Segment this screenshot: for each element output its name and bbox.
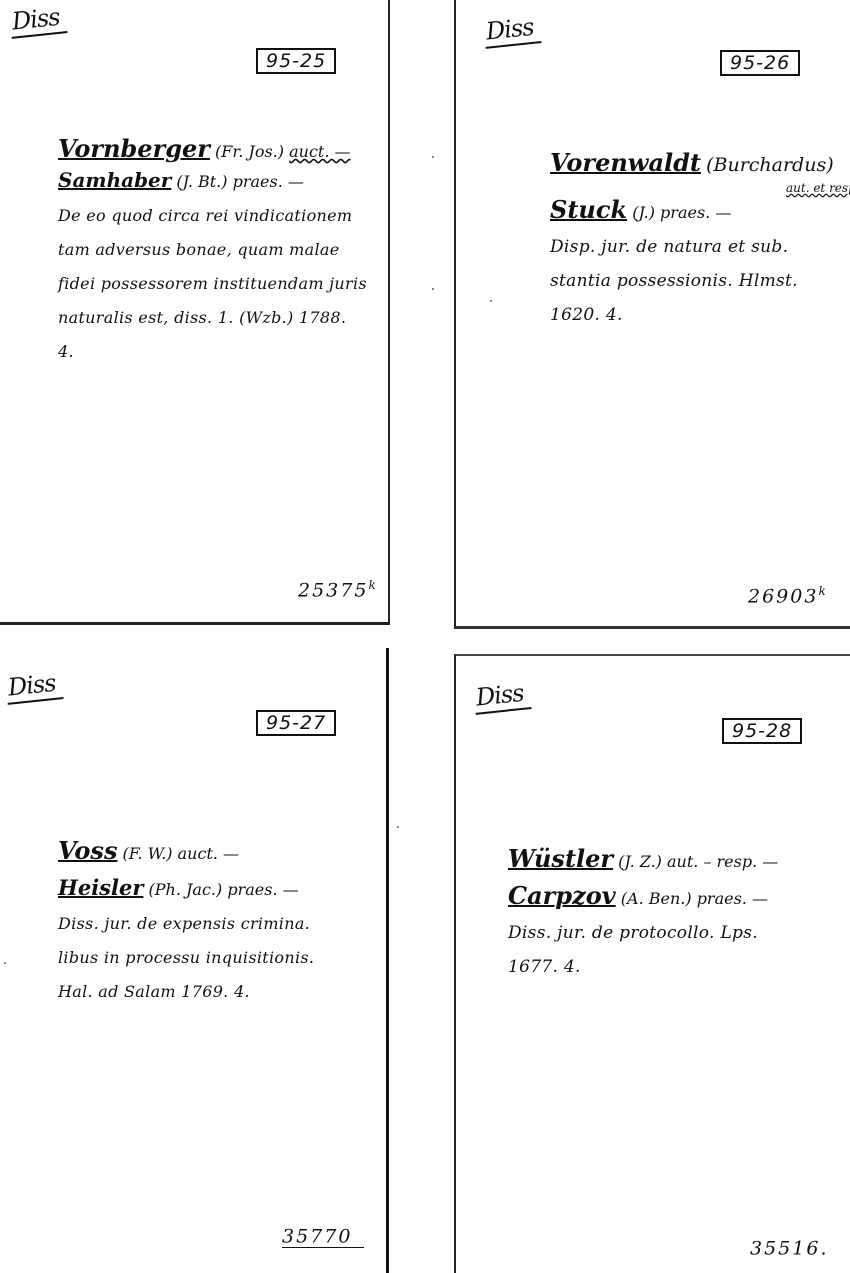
catalog-card-95-26: Diss 95-26 Vorenwaldt (Burchardus) aut. … [454,0,850,629]
author-role: aut. – resp. — [667,852,778,871]
catalog-card-95-25: Diss 95-25 Vornberger (Fr. Jos.) auct. —… [0,0,390,625]
author-name: Voss [58,836,117,865]
title-line: 1677. 4. [508,950,778,984]
scan-speck [432,156,434,158]
author-role: auct. — [178,844,239,863]
title-line: Hal. ad Salam 1769. 4. [58,975,314,1009]
accession-number: 35516. [750,1236,828,1259]
praeses-initials: (J.) [632,203,655,222]
card-entry: Wüstler (J. Z.) aut. – resp. — Carpzov (… [508,842,778,984]
author-name: Vornberger [58,134,210,163]
scan-speck [397,826,399,828]
author-name: Vorenwaldt [550,148,701,177]
call-number: 95-28 [722,718,802,744]
category-label: Diss [8,1,67,39]
praeses-role: praes. — [233,172,304,191]
praeses-name: Stuck [550,195,627,224]
scan-speck [432,288,434,290]
title-line: 4. [58,335,367,369]
card-entry: Voss (F. W.) auct. — Heisler (Ph. Jac.) … [58,834,314,1009]
title-line: tam adversus bonae, quam malae [58,233,367,267]
author-initials: (F. W.) [123,844,173,863]
praeses-name: Heisler [58,875,143,900]
catalog-card-95-27: Diss 95-27 Voss (F. W.) auct. — Heisler … [0,648,389,1273]
title-line: 1620. 4. [550,298,834,332]
catalog-card-95-28: Diss 95-28 Wüstler (J. Z.) aut. – resp. … [454,654,850,1273]
title-line: Diss. jur. de expensis crimina. [58,907,314,941]
title-line: stantia possessionis. Hlmst. [550,264,834,298]
card-entry: Vorenwaldt (Burchardus) aut. et resp. St… [550,146,834,332]
title-line: fidei possessorem instituendam juris [58,267,367,301]
title-line: libus in processu inquisitionis. [58,941,314,975]
scan-speck [490,300,492,302]
praeses-name: Samhaber [58,168,171,192]
card-entry: Vornberger (Fr. Jos.) auct. — Samhaber (… [58,132,367,369]
title-line: naturalis est, diss. 1. (Wzb.) 1788. [58,301,367,335]
accession-number: 26903k [748,584,828,607]
accession-number: 25375k [298,578,378,601]
author-name: Wüstler [508,844,613,873]
praeses-role: praes. — [660,203,731,222]
praeses-initials: (J. Bt.) [176,172,227,191]
praeses-name: Carpzov [508,881,616,910]
category-label: Diss [482,11,541,49]
praeses-initials: (Ph. Jac.) [149,880,223,899]
title-line: Diss. jur. de protocollo. Lps. [508,916,778,950]
author-initials: (Fr. Jos.) [215,142,284,161]
author-role: auct. — [289,142,350,161]
call-number: 95-27 [256,710,336,736]
scan-speck [4,962,6,964]
call-number: 95-25 [256,48,336,74]
praeses-role: praes. — [697,889,768,908]
praeses-role: praes. — [227,880,298,899]
author-role: aut. et resp. [786,171,850,205]
praeses-initials: (A. Ben.) [621,889,692,908]
category-label: Diss [472,677,531,715]
category-label: Diss [4,667,63,705]
accession-number: 35770 [282,1224,364,1248]
author-initials: (J. Z.) [618,852,662,871]
title-line: Disp. jur. de natura et sub. [550,230,834,264]
title-line: De eo quod circa rei vindicationem [58,199,367,233]
call-number: 95-26 [720,50,800,76]
